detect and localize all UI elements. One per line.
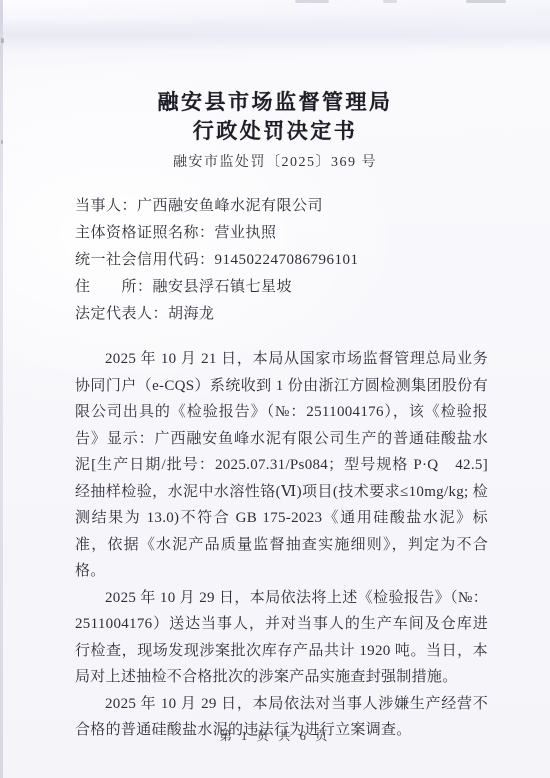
agency-title: 融安县市场监督管理局 bbox=[0, 88, 550, 117]
scanned-document-page: 融安县市场监督管理局 行政处罚决定书 融安市监处罚〔2025〕369 号 当事人… bbox=[0, 0, 550, 778]
document-type-title: 行政处罚决定书 bbox=[0, 117, 550, 146]
party-name-line: 当事人：广西融安鱼峰水泥有限公司 bbox=[75, 193, 488, 220]
party-info-block: 当事人：广西融安鱼峰水泥有限公司 主体资格证照名称：营业执照 统一社会信用代码：… bbox=[75, 193, 488, 328]
document-number: 融安市监处罚〔2025〕369 号 bbox=[0, 153, 550, 173]
scan-speck bbox=[1, 140, 3, 144]
license-type-line: 主体资格证照名称：营业执照 bbox=[75, 220, 488, 247]
body-paragraph: 2025 年 10 月 21 日，本局从国家市场监督管理总局业务协同门户（e-C… bbox=[75, 346, 488, 585]
scan-top-smudge bbox=[383, 0, 397, 3]
legal-representative-line: 法定代表人：胡海龙 bbox=[75, 301, 488, 328]
address-line: 住 所：融安县浮石镇七星坡 bbox=[75, 274, 488, 301]
scan-left-edge bbox=[0, 0, 3, 778]
scan-speck bbox=[1, 38, 4, 43]
page-number-footer: 第 1 页 共 6 页 bbox=[0, 726, 550, 744]
document-header: 融安县市场监督管理局 行政处罚决定书 bbox=[0, 0, 550, 146]
document-body: 2025 年 10 月 21 日，本局从国家市场监督管理总局业务协同门户（e-C… bbox=[75, 346, 488, 744]
body-paragraph: 2025 年 10 月 29 日，本局依法将上述《检验报告》（№：2511004… bbox=[75, 585, 488, 691]
scan-top-smudge bbox=[466, 0, 506, 3]
credit-code-line: 统一社会信用代码：914502247086796101 bbox=[75, 247, 488, 274]
scan-top-smudge bbox=[295, 0, 329, 3]
